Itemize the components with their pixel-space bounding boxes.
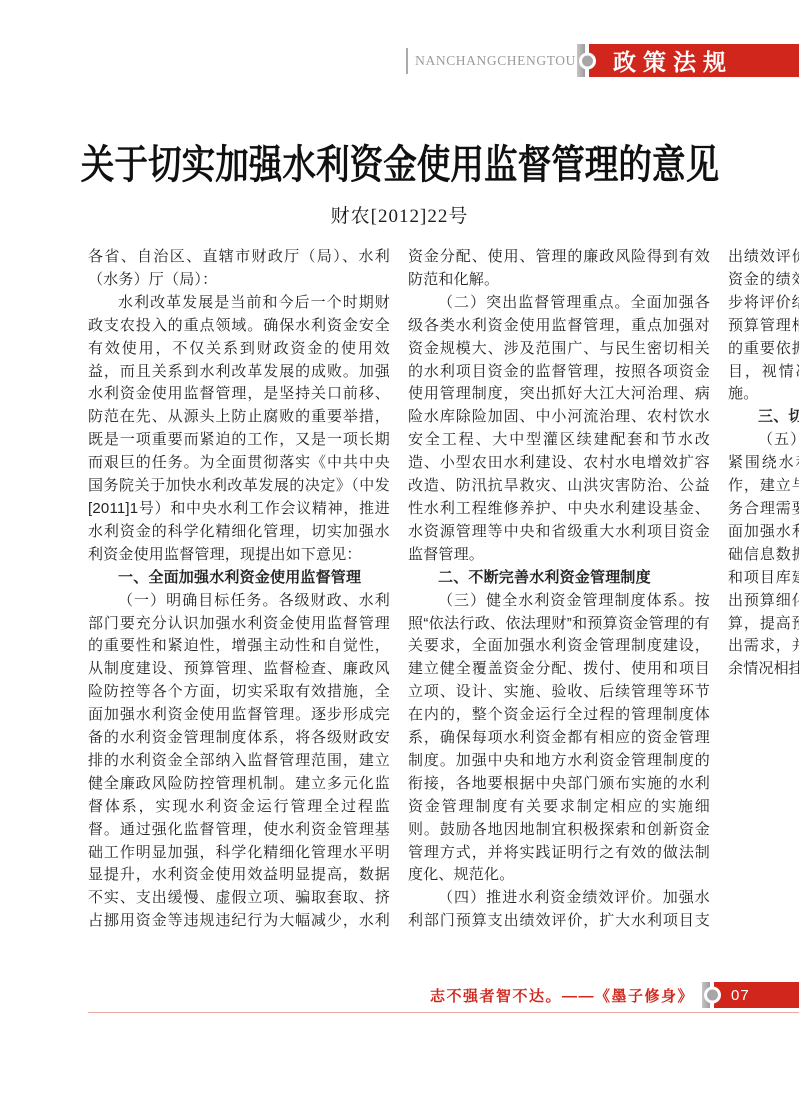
masthead: NANCHANGCHENGTOU 政策法规 [0,44,799,77]
article-paragraph: （三）健全水利资金管理制度体系。按照“依法行政、依法理财”和预算资金管理的有关要… [408,590,710,888]
footer-pin [702,982,714,1008]
pin-circle-icon [579,52,596,69]
footer-divider [88,1012,799,1013]
section-label: 政策法规 [589,44,799,77]
pin-circle-icon [704,987,721,1004]
page-title: 关于切实加强水利资金使用监督管理的意见 [80,133,718,190]
brand-text: NANCHANGCHENGTOU [415,53,576,69]
salutation: 各省、自治区、直辖市财政厅（局）、水利（水务）厅（局）： [88,246,390,292]
footer-quote: 志不强者智不达。——《墨子修身》 [430,985,694,1006]
document-number: 财农[2012]22号 [0,201,799,228]
article-paragraph: （二）突出监督管理重点。全面加强各级各类水利资金使用监督管理，重点加强对资金规模… [408,292,710,567]
article-paragraph: 水利改革发展是当前和今后一个时期财政支农投入的重点领域。确保水利资金安全有效使用… [88,292,390,567]
section-pin [577,44,589,77]
section-heading-1: 一、全面加强水利资金使用监督管理 [88,567,390,590]
section-heading-3: 三、切实加强水利资金预算管理工作 [728,406,799,429]
brand-divider [406,48,408,74]
article-paragraph: （五）加强水利资金预算编制管理。紧紧围绕水利改革发展的重点任务和中心工作，建立与… [728,429,799,681]
section-heading-2: 二、不断完善水利资金管理制度 [408,567,710,590]
page-number: 07 [714,982,799,1008]
article-body: 各省、自治区、直辖市财政厅（局）、水利（水务）厅（局）： 水利改革发展是当前和今… [88,246,710,948]
title-block: 关于切实加强水利资金使用监督管理的意见 [0,133,799,190]
footer: 志不强者智不达。——《墨子修身》 07 [430,982,799,1008]
magazine-page: NANCHANGCHENGTOU 政策法规 关于切实加强水利资金使用监督管理的意… [0,0,799,1093]
